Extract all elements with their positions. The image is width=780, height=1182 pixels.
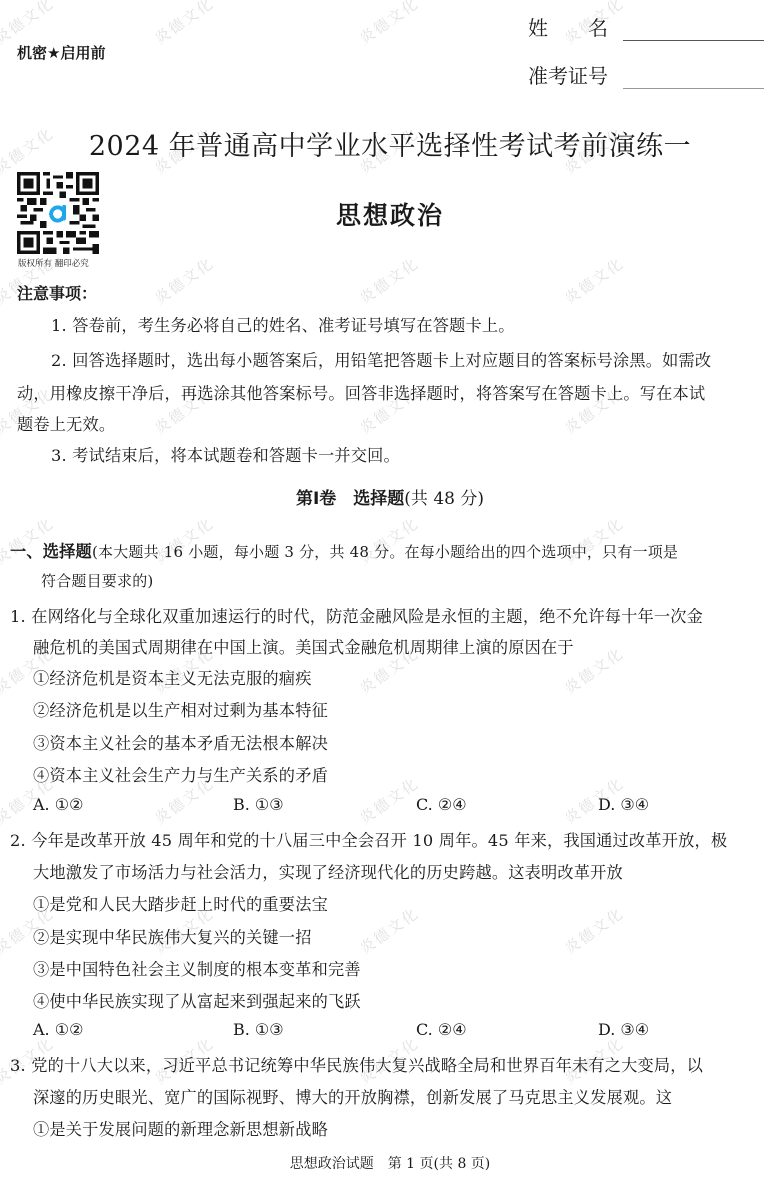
question-2-option-b[interactable]: B. ①③ xyxy=(233,1020,284,1039)
watermark-text: 炎德文化 xyxy=(355,902,423,958)
question-1-option-c[interactable]: C. ②④ xyxy=(416,795,467,814)
question-1-option-d[interactable]: D. ③④ xyxy=(598,795,649,814)
question-1-stem-cont: 融危机的美国式周期律在中国上演。美国式金融危机周期律上演的原因在于 xyxy=(33,634,574,658)
question-2-statement-1: ①是党和人民大踏步赶上时代的重要法宝 xyxy=(33,891,328,915)
question-3-stem: 3. 党的十八大以来，习近平总书记统筹中华民族伟大复兴战略全局和世界百年未有之大… xyxy=(10,1052,703,1076)
subject-title: 思想政治 xyxy=(0,196,780,232)
part-one-heading: 一、选择题(本大题共 16 小题，每小题 3 分，共 48 分。在每小题给出的四… xyxy=(10,538,678,562)
section-title: 第Ⅰ卷 选择题(共 48 分) xyxy=(0,484,780,509)
watermark-text: 炎德文化 xyxy=(560,252,628,308)
notice-item-1: 1. 答卷前，考生务必将自己的姓名、准考证号填写在答题卡上。 xyxy=(51,312,515,336)
confidential-label: 机密★启用前 xyxy=(17,42,105,63)
exam-title: 2024 年普通高中学业水平选择性考试考前演练一 xyxy=(0,124,780,163)
question-2-statement-2: ②是实现中华民族伟大复兴的关键一招 xyxy=(33,924,312,948)
question-1-option-a[interactable]: A. ①② xyxy=(33,795,83,814)
question-3-statement-1: ①是关于发展问题的新理念新思想新战略 xyxy=(33,1116,328,1140)
question-2-option-a[interactable]: A. ①② xyxy=(33,1020,83,1039)
question-1-stem: 1. 在网络化与全球化双重加速运行的时代，防范金融风险是永恒的主题，绝不允许每十… xyxy=(10,603,703,627)
question-2-statement-4: ④使中华民族实现了从富起来到强起来的飞跃 xyxy=(33,988,361,1012)
question-3-stem-cont: 深邃的历史眼光、宽广的国际视野、博大的开放胸襟，创新发展了马克思主义发展观。这 xyxy=(33,1084,672,1108)
notice-item-2-end: 题卷上无效。 xyxy=(17,411,115,435)
question-1-option-b[interactable]: B. ①③ xyxy=(233,795,284,814)
watermark-text: 炎德文化 xyxy=(560,902,628,958)
watermark-text: 炎德文化 xyxy=(355,772,423,828)
question-1-statement-1: ①经济危机是资本主义无法克服的痼疾 xyxy=(33,665,312,689)
watermark-text: 炎德文化 xyxy=(150,0,218,49)
watermark-text: 炎德文化 xyxy=(150,252,218,308)
question-2-statement-3: ③是中国特色社会主义制度的根本变革和完善 xyxy=(33,956,361,980)
name-label: 姓 名 xyxy=(528,12,608,41)
notice-item-2: 2. 回答选择题时，选出每小题答案后，用铅笔把答题卡上对应题目的答案标号涂黑。如… xyxy=(51,347,711,371)
notice-heading: 注意事项： xyxy=(17,281,97,304)
question-1-statement-2: ②经济危机是以生产相对过剩为基本特征 xyxy=(33,697,328,721)
page-footer: 思想政治试题 第 1 页(共 8 页) xyxy=(0,1153,780,1173)
question-2-stem-cont: 大地激发了市场活力与社会活力，实现了经济现代化的历史跨越。这表明改革开放 xyxy=(33,859,623,883)
question-1-statement-4: ④资本主义社会生产力与生产关系的矛盾 xyxy=(33,762,328,786)
name-field[interactable] xyxy=(623,40,764,41)
exam-id-label: 准考证号 xyxy=(528,60,608,89)
qr-caption: 版权所有 翻印必究 xyxy=(18,257,89,269)
question-2-stem: 2. 今年是改革开放 45 周年和党的十八届三中全会召开 10 周年。45 年来… xyxy=(10,827,727,851)
watermark-text: 炎德文化 xyxy=(355,0,423,49)
part-one-desc-cont: 符合题目要求的) xyxy=(41,570,153,591)
notice-item-2-cont: 动，用橡皮擦干净后，再选涂其他答案标号。回答非选择题时，将答案写在答题卡上。写在… xyxy=(17,380,705,404)
question-2-option-c[interactable]: C. ②④ xyxy=(416,1020,467,1039)
watermark-text: 炎德文化 xyxy=(355,252,423,308)
notice-item-3: 3. 考试结束后，将本试题卷和答题卡一并交回。 xyxy=(51,442,400,466)
question-2-option-d[interactable]: D. ③④ xyxy=(598,1020,649,1039)
exam-id-field[interactable] xyxy=(623,88,764,89)
question-1-statement-3: ③资本主义社会的基本矛盾无法根本解决 xyxy=(33,730,328,754)
